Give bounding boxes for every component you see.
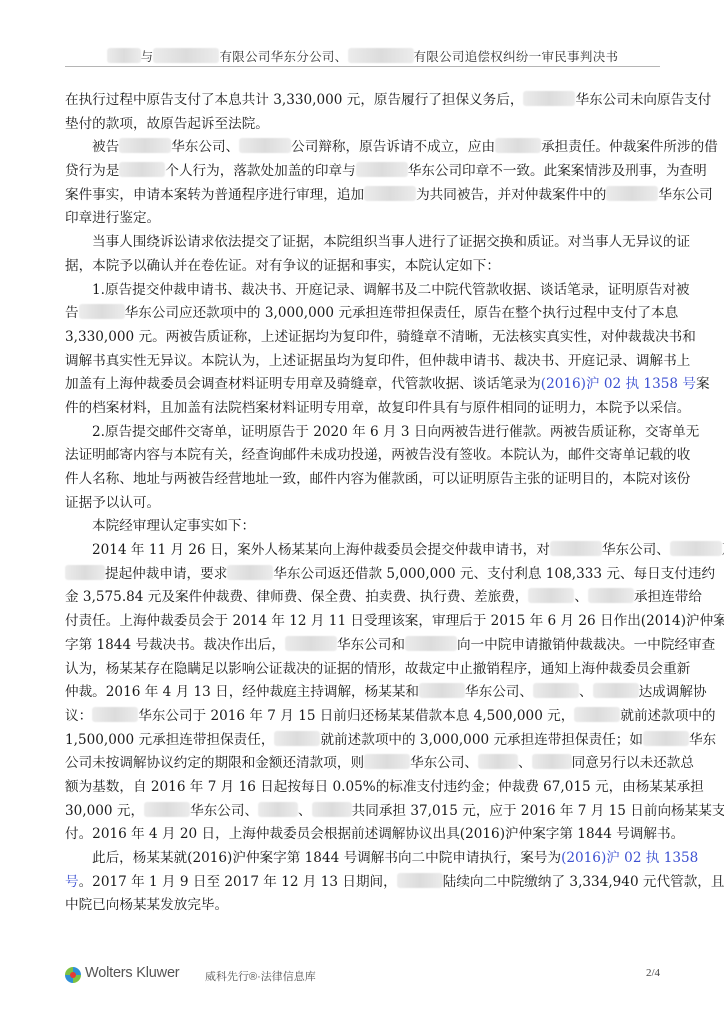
text-segment: 调解书真实性无异议。本院认为，上述证据虽均为复印件，但仲裁申请书、裁决书、开庭记… [65, 353, 690, 369]
redacted-name [397, 873, 443, 888]
text-segment: 2014 年 11 月 26 日，案外人杨某某向上海仲裁委员会提交仲裁申请书，对 [92, 542, 550, 558]
text-segment: 就前述款项中的 [620, 708, 715, 724]
text-segment: 件人名称、地址与两被告经营地址一致，邮件内容为催款函，可以证明原告主张的证明目的… [65, 471, 690, 487]
redacted-name [65, 565, 105, 580]
text-segment: 陆续向二中院缴纳了 3,334,940 元代管款，且二 [443, 874, 724, 890]
text-segment: 法证明邮寄内容与本院有关，经查询邮件未成功投递，两被告没有签收。本院认为，邮件交… [65, 447, 690, 463]
redacted-name [153, 48, 219, 63]
text-line: 号。2017 年 1 月 9 日至 2017 年 12 月 13 日期间，陆续向… [65, 871, 660, 895]
redacted-name [274, 731, 320, 746]
text-segment: 本院经审理认定事实如下： [92, 518, 255, 534]
text-line: 件人名称、地址与两被告经营地址一致，邮件内容为催款函，可以证明原告主张的证明目的… [65, 468, 660, 492]
text-line: 被告华东公司、公司辩称，原告诉请不成立，应由承担责任。仲裁案件所涉的借 [65, 136, 660, 160]
text-segment: 、 [518, 755, 532, 771]
redacted-name [528, 588, 574, 603]
text-segment: 、 [579, 684, 593, 700]
text-segment: 1,500,000 元承担连带担保责任， [65, 732, 274, 748]
document-header: 与有限公司华东分公司、有限公司追偿权纠纷一审民事判决书 [65, 47, 660, 67]
text-segment: 付。2016 年 4 月 20 日，上海仲裁委员会根据前述调解协议出具(2016… [65, 826, 684, 842]
redacted-name [574, 707, 620, 722]
document-body: 在执行过程中原告支付了本息共计 3,330,000 元，原告履行了担保义务后，华… [65, 89, 660, 918]
text-line: 额为基数，自 2016 年 7 月 16 日起按每日 0.05%的标准支付违约金… [65, 776, 660, 800]
text-segment: 当事人围绕诉讼请求依法提交了证据，本院组织当事人进行了证据交换和质证。对当事人无… [92, 234, 690, 250]
text-segment: 提起仲裁申请，要求 [105, 566, 227, 582]
text-segment: 垫付的款项，故原告起诉至法院。 [65, 116, 269, 132]
brand-name-cn: 威科先行®·法律信息库 [205, 968, 316, 984]
text-segment: 就前述款项中的 3,000,000 元承担连带担保责任；如 [320, 732, 643, 748]
redacted-name [533, 683, 579, 698]
text-line: 此后，杨某某就(2016)沪仲案字第 1844 号调解书向二中院申请执行，案号为… [65, 847, 660, 871]
text-segment: 被告 [92, 139, 119, 155]
redacted-name [405, 636, 457, 651]
page-footer: Wolters Kluwer 威科先行®·法律信息库 2/4 [65, 964, 660, 986]
text-segment: 承担责任。仲裁案件所涉的借 [541, 139, 718, 155]
text-line: 案件事实，申请本案转为普通程序进行审理，追加为共同被告，并对仲裁案件中的华东公司 [65, 184, 660, 208]
text-segment: 此后，杨某某就(2016)沪仲案字第 1844 号调解书向二中院申请执行，案号为 [92, 850, 561, 866]
text-line: 仲裁。2016 年 4 月 13 日，经仲裁庭主持调解，杨某某和华东公司、、达成… [65, 681, 660, 705]
text-segment: 华东公司 [658, 187, 712, 203]
text-line: 3,330,000 元。两被告质证称，上述证据均为复印件，骑缝章不清晰，无法核实… [65, 326, 660, 350]
redacted-name [92, 707, 138, 722]
text-line: 加盖有上海仲裁委员会调查材料证明专用章及骑缝章，代管款收据、谈话笔录为(2016… [65, 373, 660, 397]
redacted-name [419, 683, 465, 698]
text-segment: 承担连带给 [634, 589, 702, 605]
text-segment: 议： [65, 708, 92, 724]
redacted-name [348, 48, 414, 63]
redacted-name [285, 636, 337, 651]
header-divider [65, 66, 660, 67]
text-segment: 华东公司应还款项中的 3,000,000 元承担连带担保责任，原告在整个执行过程… [125, 305, 679, 321]
text-segment: 贷行为是 [65, 163, 119, 179]
text-line: 据，本院予以确认并在卷佐证。对有争议的证据和事实，本院认定如下： [65, 255, 660, 279]
text-segment: 3,330,000 元。两被告质证称，上述证据均为复印件，骑缝章不清晰，无法核实… [65, 329, 696, 345]
text-segment: 额为基数，自 2016 年 7 月 16 日起按每日 0.05%的标准支付违约金… [65, 779, 704, 795]
wolters-kluwer-logo-icon [65, 967, 81, 983]
redacted-name [107, 48, 141, 63]
text-segment: 付责任。上海仲裁委员会于 2014 年 12 月 11 日受理该案，审理后于 2… [65, 613, 724, 629]
text-line: 印章进行鉴定。 [65, 207, 660, 231]
text-line: 证据予以认可。 [65, 492, 660, 516]
redacted-name [606, 186, 658, 201]
redacted-name [532, 754, 572, 769]
text-segment: 个人行为，落款处加盖的印章与 [165, 163, 355, 179]
redacted-name [364, 186, 416, 201]
text-segment: 在执行过程中原告支付了本息共计 3,330,000 元，原告履行了担保义务后， [65, 92, 523, 108]
redacted-name [495, 138, 541, 153]
header-text: 有限公司华东分公司、 [219, 49, 347, 64]
text-segment: 案件事实，申请本案转为普通程序进行审理，追加 [65, 187, 364, 203]
text-segment: 达成调解协 [639, 684, 707, 700]
text-segment: 华东公司印章不一致。此案案情涉及刑事，为查明 [408, 163, 707, 179]
text-segment: 据，本院予以确认并在卷佐证。对有争议的证据和事实，本院认定如下： [65, 258, 500, 274]
page-number: 2/4 [646, 967, 660, 979]
text-line: 付。2016 年 4 月 20 日，上海仲裁委员会根据前述调解协议出具(2016… [65, 823, 660, 847]
text-line: 2.原告提交邮件交寄单，证明原告于 2020 年 6 月 3 日向两被告进行催款… [65, 421, 660, 445]
text-segment: 认为，杨某某存在隐瞒足以影响公证裁决的证据的情形，故裁定中止撤销程序，通知上海仲… [65, 661, 690, 677]
text-segment: 中院已向杨某某发放完毕。 [65, 897, 228, 913]
text-segment: 件的档案材料，且加盖有法院档案材料证明专用章，故复印件具有与原件相同的证明力，本… [65, 400, 690, 416]
text-segment: 华东公司和 [337, 637, 405, 653]
text-segment: 。2017 年 1 月 9 日至 2017 年 12 月 13 日期间， [79, 874, 397, 890]
brand-name: Wolters Kluwer [85, 965, 179, 981]
text-segment: 公司辩称，原告诉请不成立，应由 [291, 139, 495, 155]
case-number-link[interactable]: (2016)沪 02 执 1358 号 [541, 376, 696, 392]
text-line: 贷行为是个人行为，落款处加盖的印章与华东公司印章不一致。此案案情涉及刑事，为查明 [65, 160, 660, 184]
text-line: 议：华东公司于 2016 年 7 月 15 日前归还杨某某借款本息 4,500,… [65, 705, 660, 729]
text-line: 字第 1844 号裁决书。裁决作出后，华东公司和向一中院申请撤销仲裁裁决。一中院… [65, 634, 660, 658]
text-line: 法证明邮寄内容与本院有关，经查询邮件未成功投递，两被告没有签收。本院认为，邮件交… [65, 444, 660, 468]
header-text: 有限公司追偿权纠纷一审民事判决书 [414, 49, 619, 64]
text-line: 调解书真实性无异议。本院认为，上述证据虽均为复印件，但仲裁申请书、裁决书、开庭记… [65, 350, 660, 374]
text-segment: 证据予以认可。 [65, 495, 160, 511]
redacted-name [588, 588, 634, 603]
text-line: 2014 年 11 月 26 日，案外人杨某某向上海仲裁委员会提交仲裁申请书，对… [65, 539, 660, 563]
text-segment: 公司未按调解协议约定的期限和金额还清款项，则 [65, 755, 364, 771]
text-segment: 、 [574, 589, 588, 605]
text-line: 30,000 元，华东公司、、共同承担 37,015 元，应于 2016 年 7… [65, 800, 660, 824]
redacted-name [364, 754, 410, 769]
redacted-name [79, 304, 125, 319]
text-line: 提起仲裁申请，要求华东公司返还借款 5,000,000 元、支付利息 108,3… [65, 563, 660, 587]
redacted-name [227, 565, 273, 580]
text-segment: 华东公司、 [602, 542, 670, 558]
text-segment: 1.原告提交仲裁申请书、裁决书、开庭记录、调解书及二中院代管款收据、谈话笔录，证… [92, 282, 690, 298]
redacted-name [356, 162, 408, 177]
text-segment: 金 3,575.84 元及案件仲裁费、律师费、保全费、拍卖费、执行费、差旅费， [65, 589, 528, 605]
text-segment: 案 [696, 376, 710, 392]
text-segment: 华东 [689, 732, 716, 748]
text-segment: 30,000 元， [65, 803, 144, 819]
text-segment: 加盖有上海仲裁委员会调查材料证明专用章及骑缝章，代管款收据、谈话笔录为 [65, 376, 541, 392]
text-line: 1,500,000 元承担连带担保责任，就前述款项中的 3,000,000 元承… [65, 729, 660, 753]
redacted-name [550, 541, 602, 556]
text-segment: 华东公司未向原告支付 [575, 92, 711, 108]
text-segment: 告 [65, 305, 79, 321]
text-line: 1.原告提交仲裁申请书、裁决书、开庭记录、调解书及二中院代管款收据、谈话笔录，证… [65, 279, 660, 303]
redacted-name [312, 802, 352, 817]
text-segment: 华东公司返还借款 5,000,000 元、支付利息 108,333 元、每日支付… [273, 566, 715, 582]
text-segment: 共同承担 37,015 元，应于 2016 年 7 月 15 日前向杨某某支 [352, 803, 724, 819]
redacted-name [144, 802, 190, 817]
text-line: 公司未按调解协议约定的期限和金额还清款项，则华东公司、、同意另行以未还款总 [65, 752, 660, 776]
text-segment: 2.原告提交邮件交寄单，证明原告于 2020 年 6 月 3 日向两被告进行催款… [92, 424, 699, 440]
text-line: 件的档案材料，且加盖有法院档案材料证明专用章，故复印件具有与原件相同的证明力，本… [65, 397, 660, 421]
text-line: 付责任。上海仲裁委员会于 2014 年 12 月 11 日受理该案，审理后于 2… [65, 610, 660, 634]
text-line: 垫付的款项，故原告起诉至法院。 [65, 113, 660, 137]
text-segment: 华东公司、 [190, 803, 258, 819]
redacted-name [119, 162, 165, 177]
text-segment: 向一中院申请撤销仲裁裁决。一中院经审查 [457, 637, 715, 653]
redacted-name [478, 754, 518, 769]
text-segment: 印章进行鉴定。 [65, 210, 160, 226]
case-number-link[interactable]: 号 [65, 874, 79, 890]
text-line: 认为，杨某某存在隐瞒足以影响公证裁决的证据的情形，故裁定中止撤销程序，通知上海仲… [65, 658, 660, 682]
redacted-name [258, 802, 298, 817]
text-segment: 华东公司、 [171, 139, 239, 155]
text-segment: 华东公司、 [410, 755, 478, 771]
text-segment: 仲裁。2016 年 4 月 13 日，经仲裁庭主持调解，杨某某和 [65, 684, 419, 700]
text-segment: 字第 1844 号裁决书。裁决作出后， [65, 637, 285, 653]
text-segment: 华东公司、 [465, 684, 533, 700]
case-number-link[interactable]: (2016)沪 02 执 1358 [561, 850, 698, 866]
text-line: 本院经审理认定事实如下： [65, 515, 660, 539]
text-line: 告华东公司应还款项中的 3,000,000 元承担连带担保责任，原告在整个执行过… [65, 302, 660, 326]
redacted-name [239, 138, 291, 153]
text-segment: 、 [298, 803, 312, 819]
redacted-name [523, 91, 575, 106]
redacted-name [670, 541, 722, 556]
text-line: 中院已向杨某某发放完毕。 [65, 894, 660, 918]
text-segment: 同意另行以未还款总 [572, 755, 694, 771]
text-line: 当事人围绕诉讼请求依法提交了证据，本院组织当事人进行了证据交换和质证。对当事人无… [65, 231, 660, 255]
text-segment: 为共同被告，并对仲裁案件中的 [416, 187, 606, 203]
redacted-name [643, 731, 689, 746]
text-line: 在执行过程中原告支付了本息共计 3,330,000 元，原告履行了担保义务后，华… [65, 89, 660, 113]
redacted-name [593, 683, 639, 698]
text-segment: 华东公司于 2016 年 7 月 15 日前归还杨某某借款本息 4,500,00… [138, 708, 574, 724]
redacted-name [119, 138, 171, 153]
text-line: 金 3,575.84 元及案件仲裁费、律师费、保全费、拍卖费、执行费、差旅费，、… [65, 586, 660, 610]
header-text: 与 [141, 49, 154, 64]
